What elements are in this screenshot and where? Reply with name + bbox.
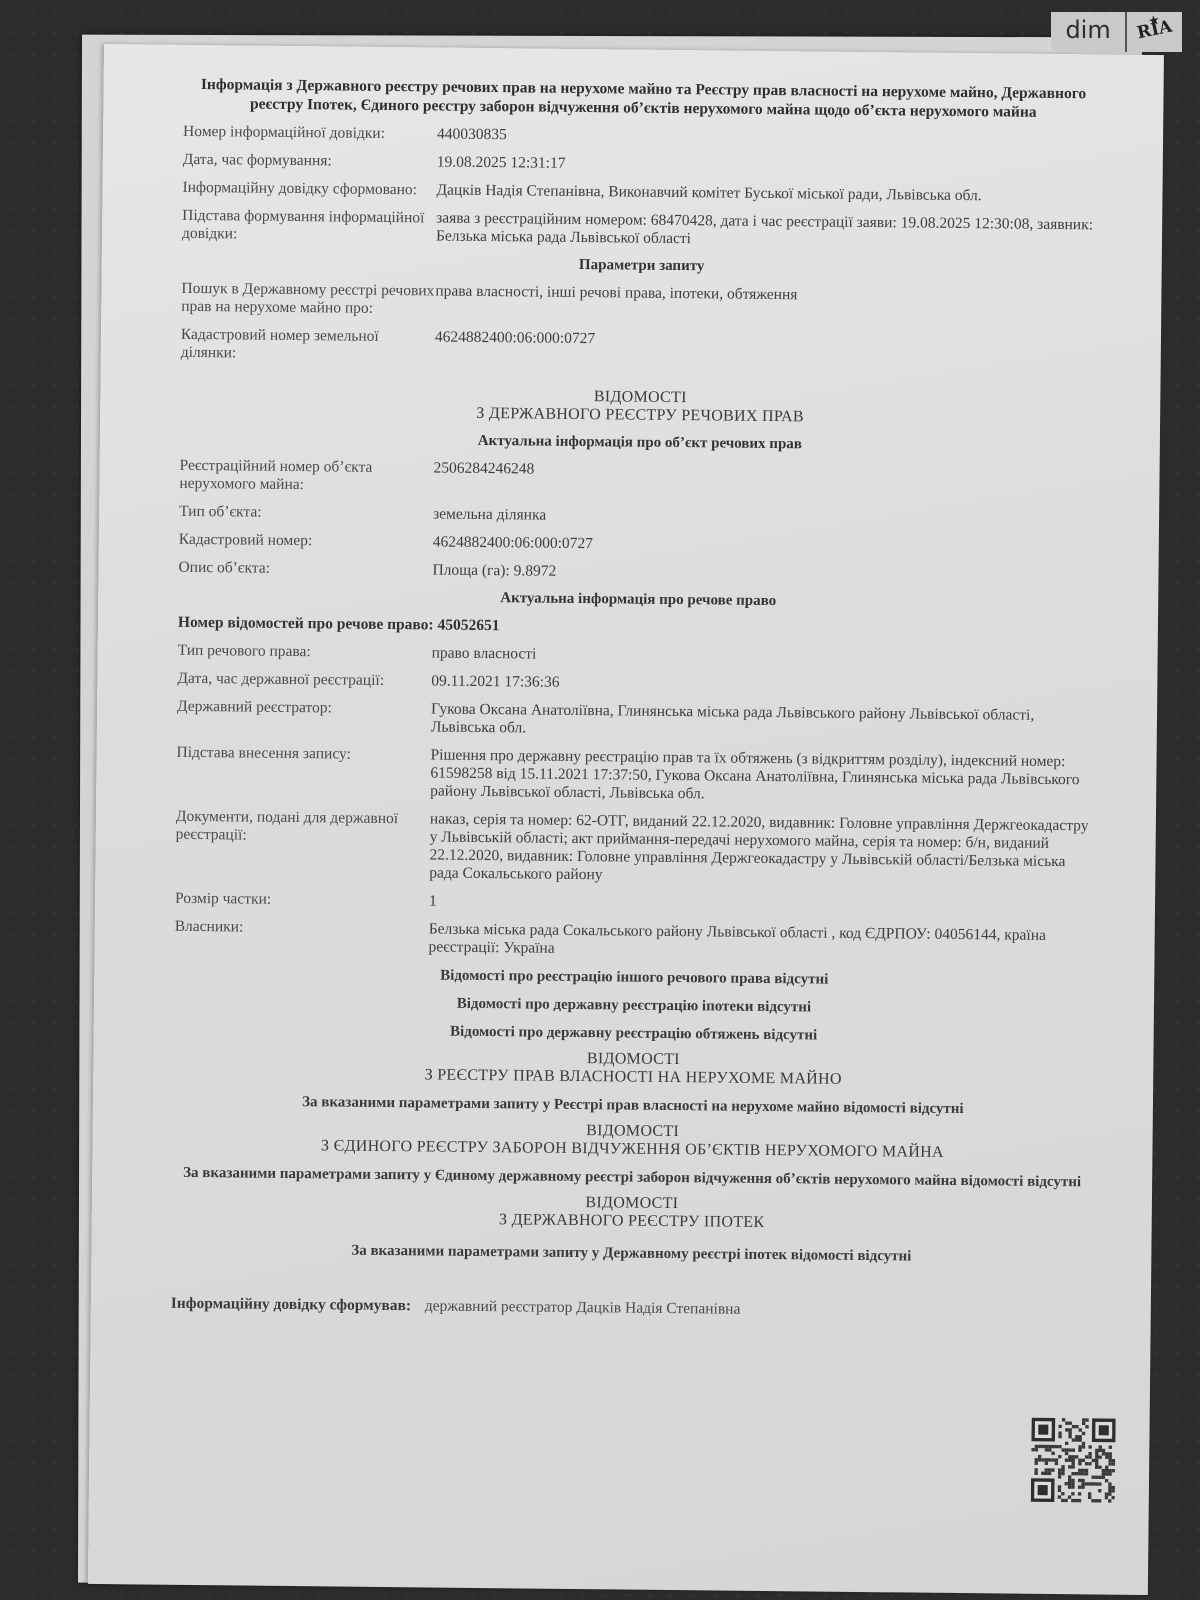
right-field-value: Белзька міська рада Сокальського району … <box>428 920 1094 963</box>
header-field-value: заява з реєстраційним номером: 68470428,… <box>436 209 1102 252</box>
ownership-registry-note: За вказаними параметрами запиту у Реєстр… <box>173 1092 1093 1120</box>
absent-note: Відомості про реєстрацію іншого речового… <box>174 964 1094 992</box>
object-field-value: Площа (га): 9.8972 <box>432 561 1098 586</box>
header-field-label: Інформаційну довідку сформовано: <box>182 179 436 200</box>
right-field-row: Тип речового права:право власності <box>178 642 1098 670</box>
header-field-row: Дата, час формування:19.08.2025 12:31:17 <box>183 151 1103 179</box>
qr-code-icon <box>1031 1414 1116 1507</box>
ria-logo: ★RIA <box>1127 12 1182 52</box>
query-field-value: права власності, інші речові права, іпот… <box>435 282 1101 325</box>
bans-registry-note: За вказаними параметрами запиту у Єдином… <box>172 1164 1092 1192</box>
object-field-label: Кадастровий номер: <box>179 531 433 552</box>
signer-row: Інформаційну довідку сформував: державни… <box>171 1294 1091 1323</box>
header-field-label: Підстава формування інформаційної довідк… <box>182 207 436 246</box>
object-field-label: Тип об’єкта: <box>179 503 433 524</box>
right-field-row: Розмір частки:1 <box>175 890 1095 918</box>
right-field-value: Гукова Оксана Анатоліївна, Глинянська мі… <box>431 700 1097 743</box>
right-field-label: Розмір частки: <box>175 890 429 911</box>
query-field-row: Кадастровий номер земельної ділянки:4624… <box>181 326 1101 372</box>
dimria-watermark: dim ★RIA <box>1051 12 1182 52</box>
absent-notes: Відомості про реєстрацію іншого речового… <box>174 964 1095 1048</box>
mortgage-registry-heading: ВІДОМОСТІ З ДЕРЖАВНОГО РЕЄСТРУ ІПОТЕК <box>172 1190 1092 1236</box>
header-field-row: Інформаційну довідку сформовано:Дацків Н… <box>182 179 1102 207</box>
right-info-title: Актуальна інформація про речове право <box>178 587 1098 614</box>
query-field-row: Пошук в Державному реєстрі речових прав … <box>181 280 1101 326</box>
header-fields: Номер інформаційної довідки:440030835Дат… <box>182 123 1103 253</box>
query-fields: Пошук в Державному реєстрі речових прав … <box>181 280 1102 372</box>
right-fields: Тип речового права:право власностіДата, … <box>174 642 1097 964</box>
right-field-label: Підстава внесення запису: <box>176 744 431 801</box>
object-field-value: земельна ділянка <box>433 505 1099 530</box>
object-field-value: 4624882400:06:000:0727 <box>433 533 1099 558</box>
rights-registry-heading: ВІДОМОСТІ З ДЕРЖАВНОГО РЕЄСТРУ РЕЧОВИХ П… <box>180 384 1100 430</box>
object-fields: Реєстраційний номер об’єкта нерухомого м… <box>178 457 1099 587</box>
query-params-title: Параметри запиту <box>182 253 1102 280</box>
object-field-row: Кадастровий номер:4624882400:06:000:0727 <box>179 531 1099 559</box>
dim-logo: dim <box>1051 12 1126 52</box>
right-field-label: Дата, час державної реєстрації: <box>177 670 431 691</box>
header-field-value: 19.08.2025 12:31:17 <box>437 153 1103 178</box>
object-field-row: Тип об’єкта:земельна ділянка <box>179 503 1099 531</box>
object-info-title: Актуальна інформація про об’єкт речових … <box>180 430 1100 457</box>
registry-extract: Інформація з Державного реєстру речових … <box>171 75 1104 1323</box>
right-field-row: Державний реєстратор:Гукова Оксана Анато… <box>177 698 1097 744</box>
absent-note: Відомості про державну реєстрацію іпотек… <box>174 992 1094 1020</box>
document-title: Інформація з Державного реєстру речових … <box>183 75 1103 123</box>
header-field-label: Дата, час формування: <box>183 151 437 172</box>
right-field-row: Дата, час державної реєстрації:09.11.202… <box>177 670 1097 698</box>
object-field-row: Реєстраційний номер об’єкта нерухомого м… <box>179 457 1099 503</box>
document-sheet: Інформація з Державного реєстру речових … <box>88 44 1164 1595</box>
absent-note: Відомості про державну реєстрацію обтяже… <box>174 1020 1094 1048</box>
object-field-row: Опис об’єкта:Площа (га): 9.8972 <box>178 559 1098 587</box>
signer-value: державний реєстратор Дацків Надія Степан… <box>425 1296 741 1318</box>
right-field-row: Власники:Белзька міська рада Сокальськог… <box>174 918 1094 964</box>
right-number: Номер відомостей про речове право: 45052… <box>178 614 1098 642</box>
header-field-row: Підстава формування інформаційної довідк… <box>182 207 1102 253</box>
query-field-label: Пошук в Державному реєстрі речових прав … <box>181 280 435 319</box>
right-field-label: Документи, подані для державної реєстрац… <box>175 808 430 883</box>
right-field-row: Документи, подані для державної реєстрац… <box>175 808 1096 890</box>
right-field-label: Тип речового права: <box>178 642 432 663</box>
header-field-row: Номер інформаційної довідки:440030835 <box>183 123 1103 151</box>
object-field-label: Опис об’єкта: <box>178 559 432 580</box>
query-field-value: 4624882400:06:000:0727 <box>435 328 1101 371</box>
right-field-value: Рішення про державну реєстрацію прав та … <box>430 746 1097 807</box>
object-field-label: Реєстраційний номер об’єкта нерухомого м… <box>179 457 433 496</box>
right-field-label: Власники: <box>174 918 428 957</box>
right-field-value: 09.11.2021 17:36:36 <box>431 672 1097 697</box>
ownership-registry-heading: ВІДОМОСТІ З РЕЄСТРУ ПРАВ ВЛАСНОСТІ НА НЕ… <box>173 1046 1093 1092</box>
query-field-label: Кадастровий номер земельної ділянки: <box>181 326 435 365</box>
right-field-value: наказ, серія та номер: 62-ОТГ, виданий 2… <box>429 810 1096 889</box>
right-field-label: Державний реєстратор: <box>177 698 431 737</box>
header-field-value: 440030835 <box>437 125 1103 150</box>
object-field-value: 2506284246248 <box>433 459 1099 502</box>
right-field-value: право власності <box>432 644 1098 669</box>
header-field-label: Номер інформаційної довідки: <box>183 123 437 144</box>
right-field-row: Підстава внесення запису:Рішення про дер… <box>176 744 1097 808</box>
right-field-value: 1 <box>429 892 1095 917</box>
header-field-value: Дацків Надія Степанівна, Виконавчий комі… <box>436 181 1102 206</box>
signer-label: Інформаційну довідку сформував: <box>171 1294 425 1316</box>
mortgage-registry-note: За вказаними параметрами запиту у Держав… <box>171 1240 1091 1268</box>
bans-registry-heading: ВІДОМОСТІ З ЄДИНОГО РЕЄСТРУ ЗАБОРОН ВІДЧ… <box>172 1118 1092 1164</box>
